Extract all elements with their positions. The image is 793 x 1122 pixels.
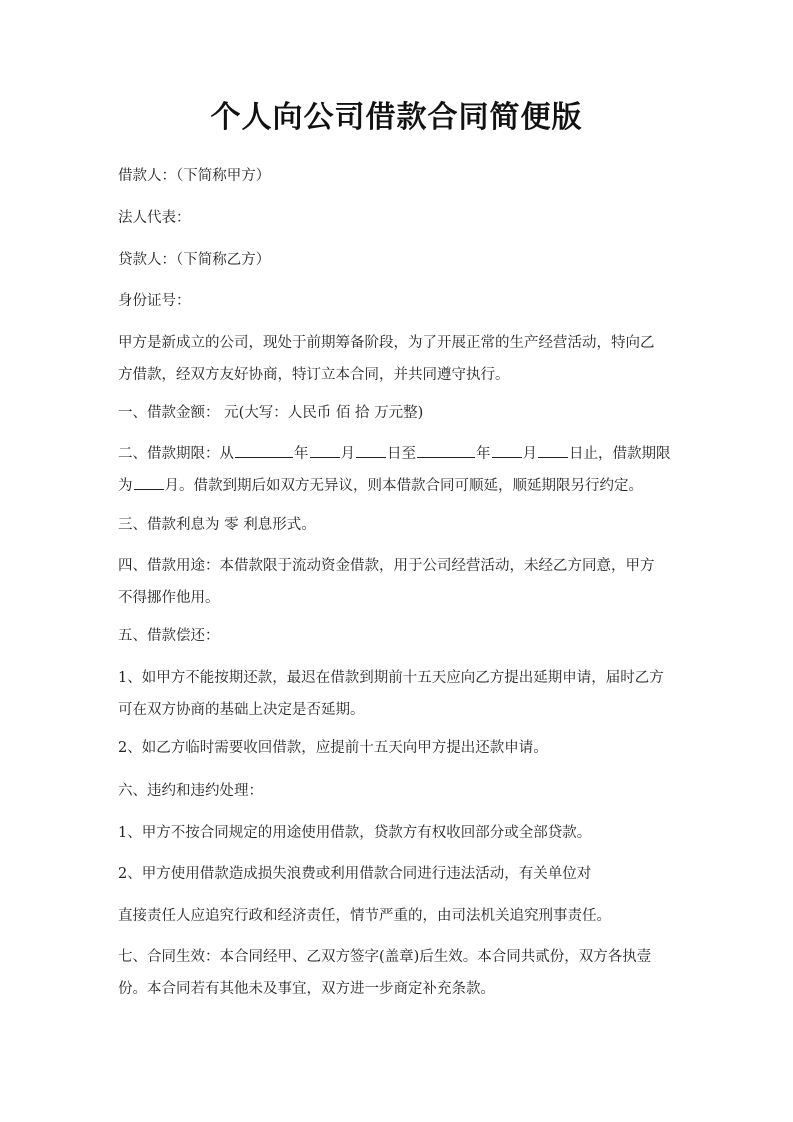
legal-rep-text: 法人代表：	[118, 202, 683, 234]
term-months-blank[interactable]	[134, 473, 164, 490]
clause-6-heading-text: 六、违约和违约处理：	[118, 775, 683, 807]
month-label-1: 月	[341, 446, 356, 462]
clause-4-line-1: 四、借款用途：本借款限于流动资金借款，用于公司经营活动，未经乙方同意，甲方	[118, 550, 683, 582]
lender-text: 贷款人：（下简称乙方）	[118, 244, 683, 276]
end-day-blank[interactable]	[538, 441, 568, 458]
clause-5-item-1-line-2: 可在双方协商的基础上决定是否延期。	[118, 694, 683, 726]
clause-3-text: 三、借款利息为 零 利息形式。	[118, 509, 683, 541]
start-month-blank[interactable]	[310, 441, 340, 458]
start-year-blank[interactable]	[235, 441, 293, 458]
clause-5-item-2-text: 2、如乙方临时需要收回借款，应提前十五天向甲方提出还款申请。	[118, 732, 683, 764]
clause-6-item-2-continued: 直接责任人应追究行政和经济责任，情节严重的，由司法机关追究刑事责任。	[118, 900, 683, 932]
id-number-text: 身份证号：	[118, 285, 683, 317]
clause-6-item-2-cont-text: 直接责任人应追究行政和经济责任，情节严重的，由司法机关追究刑事责任。	[118, 900, 683, 932]
clause-7-effect: 七、合同生效：本合同经甲、乙双方签字(盖章)后生效。本合同共贰份，双方各执壹 份…	[118, 941, 683, 1005]
borrower-text: 借款人：（下简称甲方）	[118, 160, 683, 192]
clause-3-interest: 三、借款利息为 零 利息形式。	[118, 509, 683, 541]
preamble-line-1: 甲方是新成立的公司，现处于前期筹备阶段，为了开展正常的生产经营活动，特向乙	[118, 327, 683, 359]
year-label-1: 年	[294, 446, 309, 462]
clause-4-purpose: 四、借款用途：本借款限于流动资金借款，用于公司经营活动，未经乙方同意，甲方 不得…	[118, 550, 683, 614]
day-to-label: 日至	[387, 446, 416, 462]
clause-6-item-2-text: 2、甲方使用借款造成损失浪费或利用借款合同进行违法活动，有关单位对	[118, 858, 683, 890]
clause-5-item-1: 1、如甲方不能按期还款，最迟在借款到期前十五天应向乙方提出延期申请，届时乙方 可…	[118, 662, 683, 726]
month-label-2: 月	[523, 446, 538, 462]
legal-rep-label: 法人代表：	[118, 202, 683, 234]
clause-5-item-1-line-1: 1、如甲方不能按期还款，最迟在借款到期前十五天应向乙方提出延期申请，届时乙方	[118, 662, 683, 694]
year-label-2: 年	[476, 446, 491, 462]
clause-4-line-2: 不得挪作他用。	[118, 582, 683, 614]
clause-2-line-1: 二、借款期限：从年月日至年月日止，借款期限	[118, 438, 683, 470]
document-title: 个人向公司借款合同简便版	[0, 92, 793, 136]
lender-label: 贷款人：（下简称乙方）	[118, 244, 683, 276]
day-end-label: 日止，借款期限	[569, 446, 671, 462]
clause-2-line2-prefix: 为	[118, 478, 133, 494]
clause-1-amount: 一、借款金额： 元(大写：人民币 佰 拾 万元整)	[118, 397, 683, 429]
preamble-line-2: 方借款，经双方友好协商，特订立本合同，并共同遵守执行。	[118, 359, 683, 391]
clause-5-heading-text: 五、借款偿还：	[118, 620, 683, 652]
document-page: 个人向公司借款合同简便版 借款人：（下简称甲方） 法人代表： 贷款人：（下简称乙…	[0, 0, 793, 1122]
clause-2-term: 二、借款期限：从年月日至年月日止，借款期限 为月。借款到期后如双方无异议，则本借…	[118, 438, 683, 502]
clause-6-item-1-text: 1、甲方不按合同规定的用途使用借款，贷款方有权收回部分或全部贷款。	[118, 817, 683, 849]
clause-1-text: 一、借款金额： 元(大写：人民币 佰 拾 万元整)	[118, 397, 683, 429]
id-number-label: 身份证号：	[118, 285, 683, 317]
clause-6-item-1: 1、甲方不按合同规定的用途使用借款，贷款方有权收回部分或全部贷款。	[118, 817, 683, 849]
start-day-blank[interactable]	[356, 441, 386, 458]
clause-5-heading: 五、借款偿还：	[118, 620, 683, 652]
clause-7-line-1: 七、合同生效：本合同经甲、乙双方签字(盖章)后生效。本合同共贰份，双方各执壹	[118, 941, 683, 973]
borrower-label: 借款人：（下简称甲方）	[118, 160, 683, 192]
clause-5-item-2: 2、如乙方临时需要收回借款，应提前十五天向甲方提出还款申请。	[118, 732, 683, 764]
end-month-blank[interactable]	[492, 441, 522, 458]
clause-6-item-2: 2、甲方使用借款造成损失浪费或利用借款合同进行违法活动，有关单位对	[118, 858, 683, 890]
clause-6-heading: 六、违约和违约处理：	[118, 775, 683, 807]
clause-7-line-2: 份。本合同若有其他未及事宜，双方进一步商定补充条款。	[118, 973, 683, 1005]
preamble-paragraph: 甲方是新成立的公司，现处于前期筹备阶段，为了开展正常的生产经营活动，特向乙 方借…	[118, 327, 683, 391]
end-year-blank[interactable]	[417, 441, 475, 458]
clause-2-prefix: 二、借款期限：从	[118, 446, 234, 462]
clause-2-line2-rest: 月。借款到期后如双方无异议，则本借款合同可顺延，顺延期限另行约定。	[165, 478, 644, 494]
clause-2-line-2: 为月。借款到期后如双方无异议，则本借款合同可顺延，顺延期限另行约定。	[118, 470, 683, 502]
